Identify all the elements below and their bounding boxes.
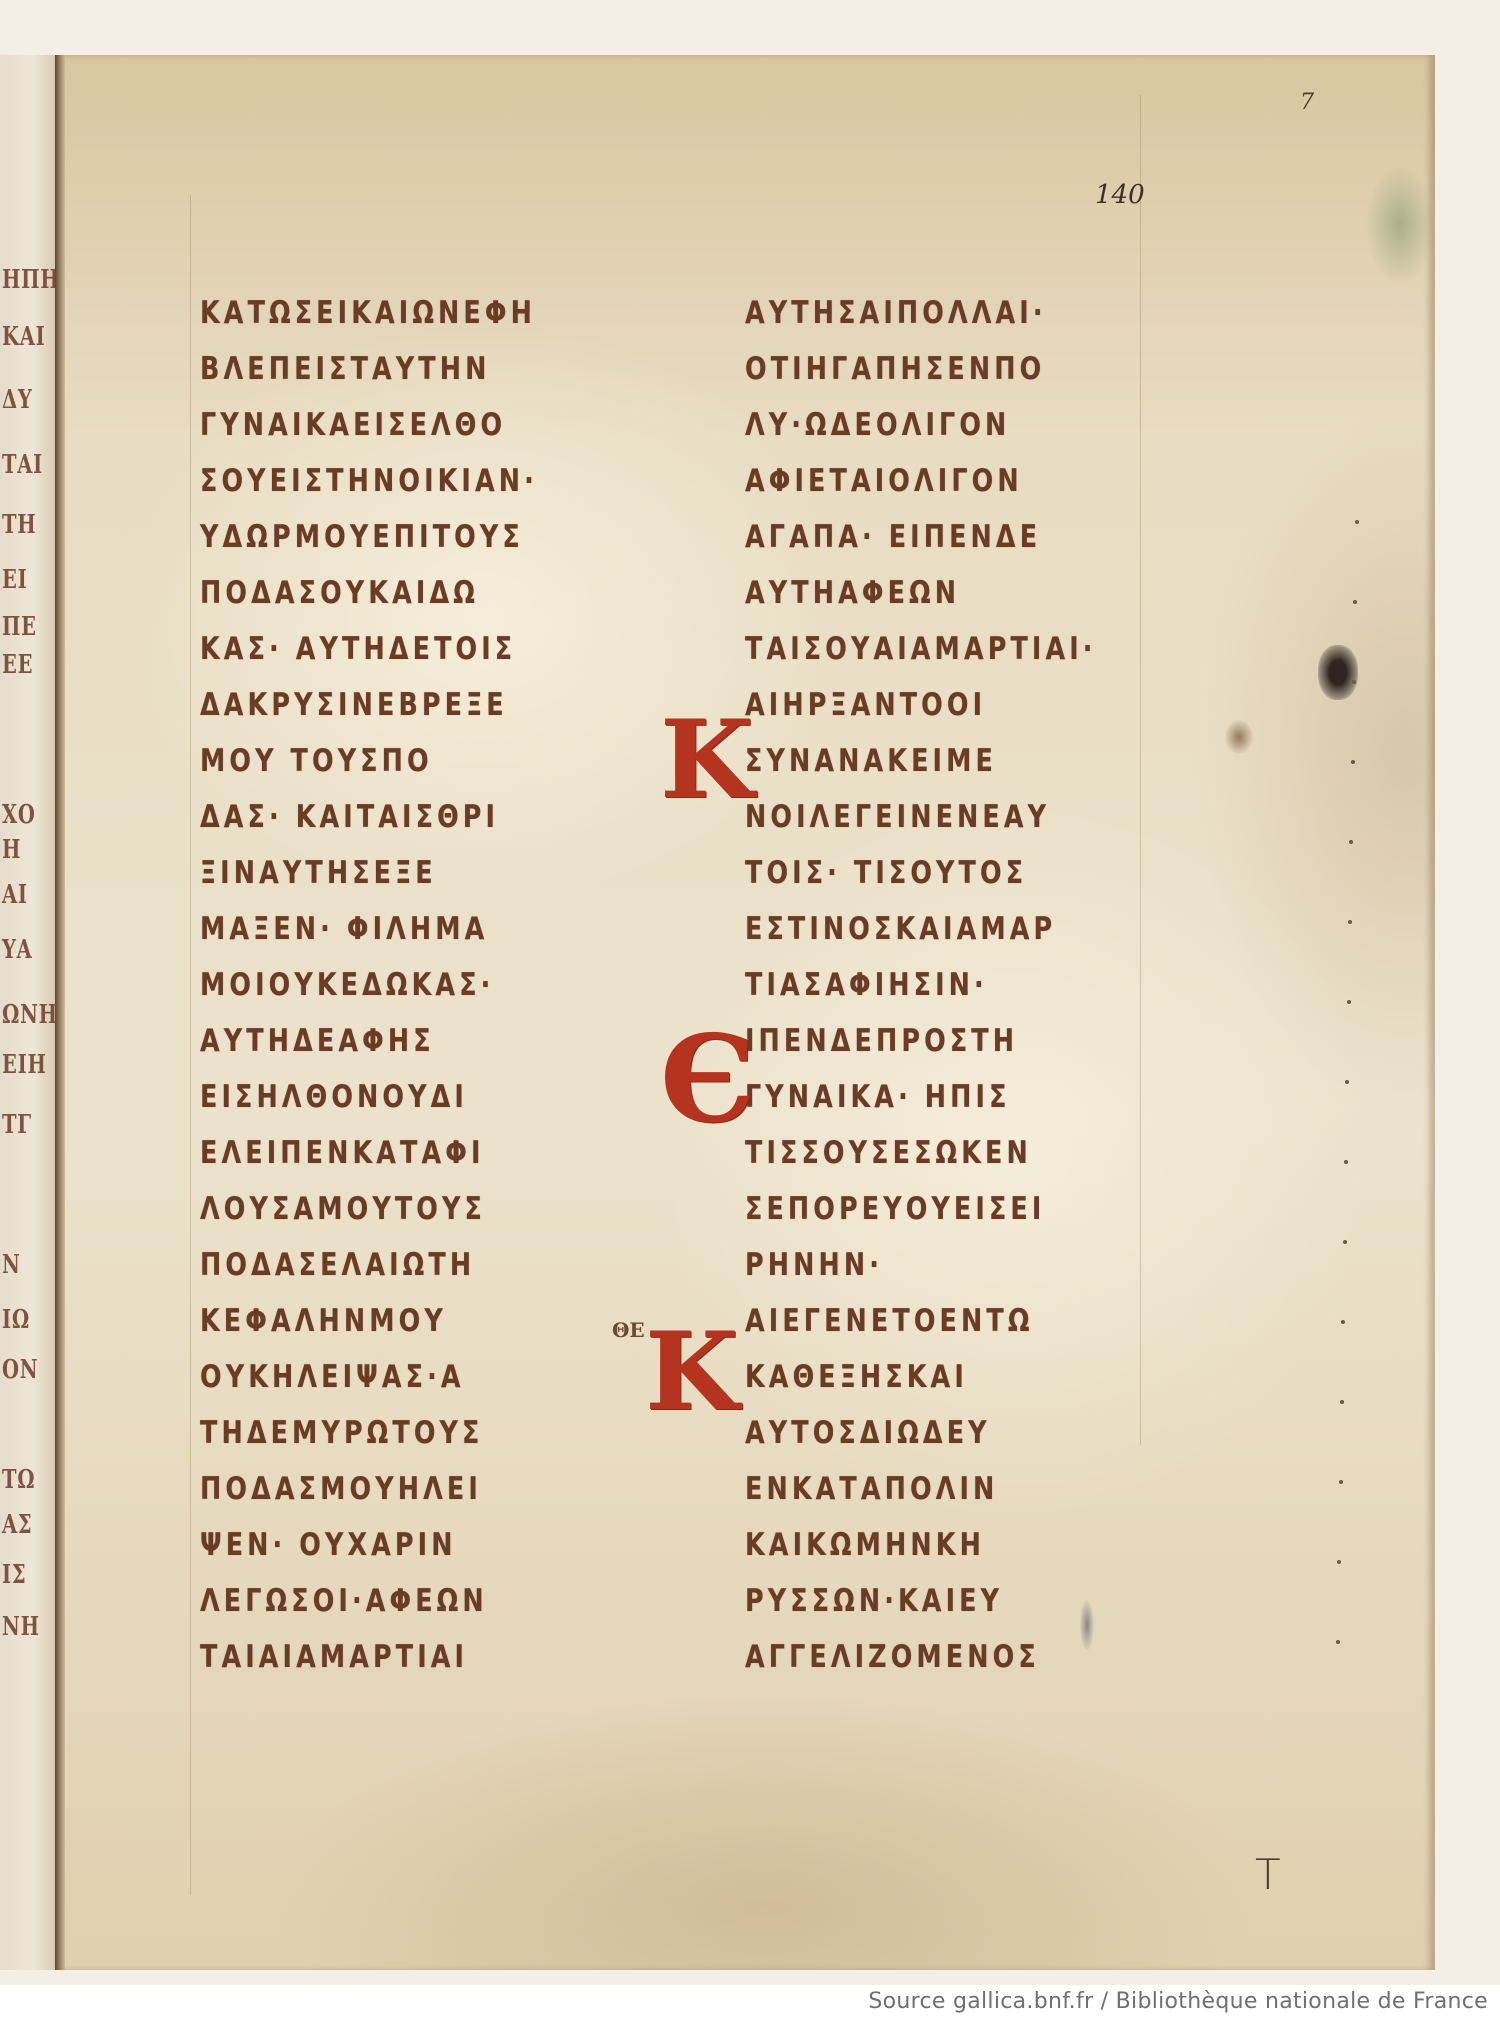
prick-mark bbox=[1351, 760, 1355, 764]
manuscript-line: ΜΟΥ ΤΟΥΣΠΟ bbox=[200, 733, 577, 789]
manuscript-line: ΓΥΝΑΙΚΑΕΙΣΕΛΘΟ bbox=[200, 397, 577, 453]
left-page-line: ΕΕ bbox=[2, 650, 33, 680]
manuscript-line: ΚΑΤΩΣΕΙΚΑΙΩΝΕΦΗ bbox=[200, 285, 577, 341]
left-page-line: ΝΗ bbox=[2, 1612, 40, 1642]
manuscript-line: ΤΑΙΣΟΥΑΙΑΜΑΡΤΙΑΙ· bbox=[745, 621, 1122, 677]
manuscript-line: ΚΑΙΚΩΜΗΝΚΗ bbox=[745, 1517, 1122, 1573]
manuscript-line: ΤΗΔΕΜΥΡΩΤΟΥΣ bbox=[200, 1405, 577, 1461]
left-page-line: ΙΣ bbox=[2, 1560, 26, 1590]
manuscript-line: ΡΗΝΗΝ· bbox=[745, 1237, 1122, 1293]
manuscript-line: ΑΓΓΕΛΙΖΟΜΕΝΟΣ bbox=[745, 1629, 1122, 1685]
prick-mark bbox=[1340, 1400, 1344, 1404]
manuscript-line: ΑΙΕΓΕΝΕΤΟΕΝΤΩ bbox=[745, 1293, 1122, 1349]
manuscript-line: ΓΥΝΑΙΚΑ· ΗΠΙΣ bbox=[745, 1069, 1122, 1125]
left-page-line: ΤΓ bbox=[2, 1110, 32, 1140]
left-page-line: ΔΥ bbox=[2, 385, 33, 415]
manuscript-line: ΔΑΚΡΥΣΙΝΕΒΡΕΞΕ bbox=[200, 677, 577, 733]
prick-mark bbox=[1345, 1080, 1349, 1084]
left-page-line: ΤΗ bbox=[2, 510, 36, 540]
manuscript-line: ΛΕΓΩΣΟΙ·ΑΦΕΩΝ bbox=[200, 1573, 577, 1629]
manuscript-line: ΑΥΤΗΣΑΙΠΟΛΛΑΙ· bbox=[745, 285, 1122, 341]
manuscript-line: ΜΑΞΕΝ· ΦΙΛΗΜΑ bbox=[200, 901, 577, 957]
left-page-edge: ΗΠΗΚΑΙΔΥΤΑΙΤΗΕΙΠΕΕΕΧΟΗΑΙΥΑΩΝΗΕΙΗΤΓΝΙΩΟΝΤ… bbox=[0, 55, 55, 1970]
manuscript-line: ΝΟΙΛΕΓΕΙΝΕΝΕΑΥ bbox=[745, 789, 1122, 845]
left-page-line: ΧΟ bbox=[2, 800, 36, 830]
left-page-line: ΙΩ bbox=[2, 1305, 30, 1335]
prick-mark bbox=[1352, 680, 1356, 684]
manuscript-line: ΑΥΤΗΔΕΑΦΗΣ bbox=[200, 1013, 577, 1069]
prick-mark bbox=[1343, 1240, 1347, 1244]
ink-blot bbox=[1318, 645, 1358, 700]
prick-mark bbox=[1347, 1000, 1351, 1004]
text-column-2: ΑΥΤΗΣΑΙΠΟΛΛΑΙ·ΟΤΙΗΓΑΠΗΣΕΝΠΟΛΥ·ΩΔΕΟΛΙΓΟΝΑ… bbox=[745, 285, 1205, 1685]
prick-mark bbox=[1337, 1560, 1341, 1564]
prick-mark bbox=[1348, 920, 1352, 924]
manuscript-line: ΠΟΔΑΣΟΥΚΑΙΔΩ bbox=[200, 565, 577, 621]
left-page-line: ΗΠΗ bbox=[2, 265, 60, 295]
stain-green bbox=[1365, 165, 1435, 285]
manuscript-line: ΚΑΣ· ΑΥΤΗΔΕΤΟΙΣ bbox=[200, 621, 577, 677]
prick-mark bbox=[1336, 1640, 1340, 1644]
stain bbox=[1225, 720, 1253, 754]
manuscript-scan: ΗΠΗΚΑΙΔΥΤΑΙΤΗΕΙΠΕΕΕΧΟΗΑΙΥΑΩΝΗΕΙΗΤΓΝΙΩΟΝΤ… bbox=[0, 0, 1500, 1985]
manuscript-line: ΕΝΚΑΤΑΠΟΛΙΝ bbox=[745, 1461, 1122, 1517]
manuscript-line: ΠΟΔΑΣΜΟΥΗΛΕΙ bbox=[200, 1461, 577, 1517]
manuscript-line: ΤΙΣΣΟΥΣΕΣΩΚΕΝ bbox=[745, 1125, 1122, 1181]
manuscript-line: ΚΕΦΑΛΗΝΜΟΥ bbox=[200, 1293, 577, 1349]
left-page-line: ΕΙ bbox=[2, 565, 27, 595]
rubricated-initial-kappa: Κ bbox=[645, 1318, 739, 1426]
folio-number: 140 bbox=[1095, 180, 1145, 210]
manuscript-line: ΕΙΣΗΛΘΟΝΟΥΔΙ bbox=[200, 1069, 577, 1125]
left-page-line: ΕΙΗ bbox=[2, 1050, 47, 1080]
prick-mark bbox=[1355, 520, 1359, 524]
ruling-line bbox=[190, 195, 191, 1895]
manuscript-line: ΕΛΕΙΠΕΝΚΑΤΑΦΙ bbox=[200, 1125, 577, 1181]
manuscript-line: ΟΥΚΗΛΕΙΨΑΣ·Α bbox=[200, 1349, 577, 1405]
prick-mark bbox=[1339, 1480, 1343, 1484]
left-page-line: ΤΩ bbox=[2, 1465, 35, 1495]
manuscript-line: ΒΛΕΠΕΙΣΤΑΥΤΗΝ bbox=[200, 341, 577, 397]
manuscript-line: ΛΥ·ΩΔΕΟΛΙΓΟΝ bbox=[745, 397, 1122, 453]
quire-mark: T bbox=[1255, 1850, 1281, 1899]
left-page-line: Η bbox=[2, 835, 21, 865]
manuscript-line: ΑΥΤΟΣΔΙΩΔΕΥ bbox=[745, 1405, 1122, 1461]
manuscript-line: ΕΣΤΙΝΟΣΚΑΙΑΜΑΡ bbox=[745, 901, 1122, 957]
manuscript-line: ΑΥΤΗΑΦΕΩΝ bbox=[745, 565, 1122, 621]
manuscript-line: ΞΙΝΑΥΤΗΣΕΞΕ bbox=[200, 845, 577, 901]
left-page-line: ΟΝ bbox=[2, 1355, 38, 1385]
rubricated-initial-kappa: Κ bbox=[660, 706, 754, 814]
binding-gutter bbox=[55, 55, 65, 1970]
left-page-line: ΥΑ bbox=[2, 935, 33, 965]
manuscript-line: ΣΥΝΑΝΑΚΕΙΜΕ bbox=[745, 733, 1122, 789]
left-page-line: ΤΑΙ bbox=[2, 450, 43, 480]
manuscript-line: ΨΕΝ· ΟΥΧΑΡΙΝ bbox=[200, 1517, 577, 1573]
margin-note: ΘΕ bbox=[612, 1318, 645, 1342]
manuscript-line: ΥΔΩΡΜΟΥΕΠΙΤΟΥΣ bbox=[200, 509, 577, 565]
manuscript-line: ΟΤΙΗΓΑΠΗΣΕΝΠΟ bbox=[745, 341, 1122, 397]
source-credit: Source gallica.bnf.fr / Bibliothèque nat… bbox=[868, 1989, 1488, 2014]
prick-mark bbox=[1349, 840, 1353, 844]
manuscript-line: ΤΙΑΣΑΦΙΗΣΙΝ· bbox=[745, 957, 1122, 1013]
text-column-1: ΚΑΤΩΣΕΙΚΑΙΩΝΕΦΗΒΛΕΠΕΙΣΤΑΥΤΗΝΓΥΝΑΙΚΑΕΙΣΕΛ… bbox=[200, 285, 660, 1685]
footer: Source gallica.bnf.fr / Bibliothèque nat… bbox=[0, 1985, 1500, 2027]
manuscript-line: ΣΕΠΟΡΕΥΟΥΕΙΣΕΙ bbox=[745, 1181, 1122, 1237]
rubricated-initial-epsilon: Є bbox=[660, 1020, 755, 1140]
prick-mark bbox=[1341, 1320, 1345, 1324]
manuscript-line: ΔΑΣ· ΚΑΙΤΑΙΣΘΡΙ bbox=[200, 789, 577, 845]
left-page-line: ΚΑΙ bbox=[2, 322, 45, 352]
manuscript-line: ΣΟΥΕΙΣΤΗΝΟΙΚΙΑΝ· bbox=[200, 453, 577, 509]
left-page-line: ΑΣ bbox=[2, 1510, 32, 1540]
prick-mark bbox=[1353, 600, 1357, 604]
left-page-line: Ν bbox=[2, 1250, 21, 1280]
manuscript-line: ΑΦΙΕΤΑΙΟΛΙΓΟΝ bbox=[745, 453, 1122, 509]
corner-mark: 7 bbox=[1300, 90, 1314, 115]
left-page-line: ΠΕ bbox=[2, 612, 37, 642]
manuscript-line: ΡΥΣΣΩΝ·ΚΑΙΕΥ bbox=[745, 1573, 1122, 1629]
manuscript-line: ΛΟΥΣΑΜΟΥΤΟΥΣ bbox=[200, 1181, 577, 1237]
left-page-line: ΩΝΗ bbox=[2, 1000, 58, 1030]
manuscript-line: ΤΟΙΣ· ΤΙΣΟΥΤΟΣ bbox=[745, 845, 1122, 901]
manuscript-line: ΚΑΘΕΞΗΣΚΑΙ bbox=[745, 1349, 1122, 1405]
manuscript-line: ΙΠΕΝΔΕΠΡΟΣΤΗ bbox=[745, 1013, 1122, 1069]
left-page-line: ΑΙ bbox=[2, 880, 28, 910]
manuscript-line: ΤΑΙΑΙΑΜΑΡΤΙΑΙ bbox=[200, 1629, 577, 1685]
manuscript-line: ΠΟΔΑΣΕΛΑΙΩΤΗ bbox=[200, 1237, 577, 1293]
manuscript-line: ΑΓΑΠΑ· ΕΙΠΕΝΔΕ bbox=[745, 509, 1122, 565]
manuscript-line: ΑΙΗΡΞΑΝΤΟΟΙ bbox=[745, 677, 1122, 733]
manuscript-line: ΜΟΙΟΥΚΕΔΩΚΑΣ· bbox=[200, 957, 577, 1013]
prick-mark bbox=[1344, 1160, 1348, 1164]
